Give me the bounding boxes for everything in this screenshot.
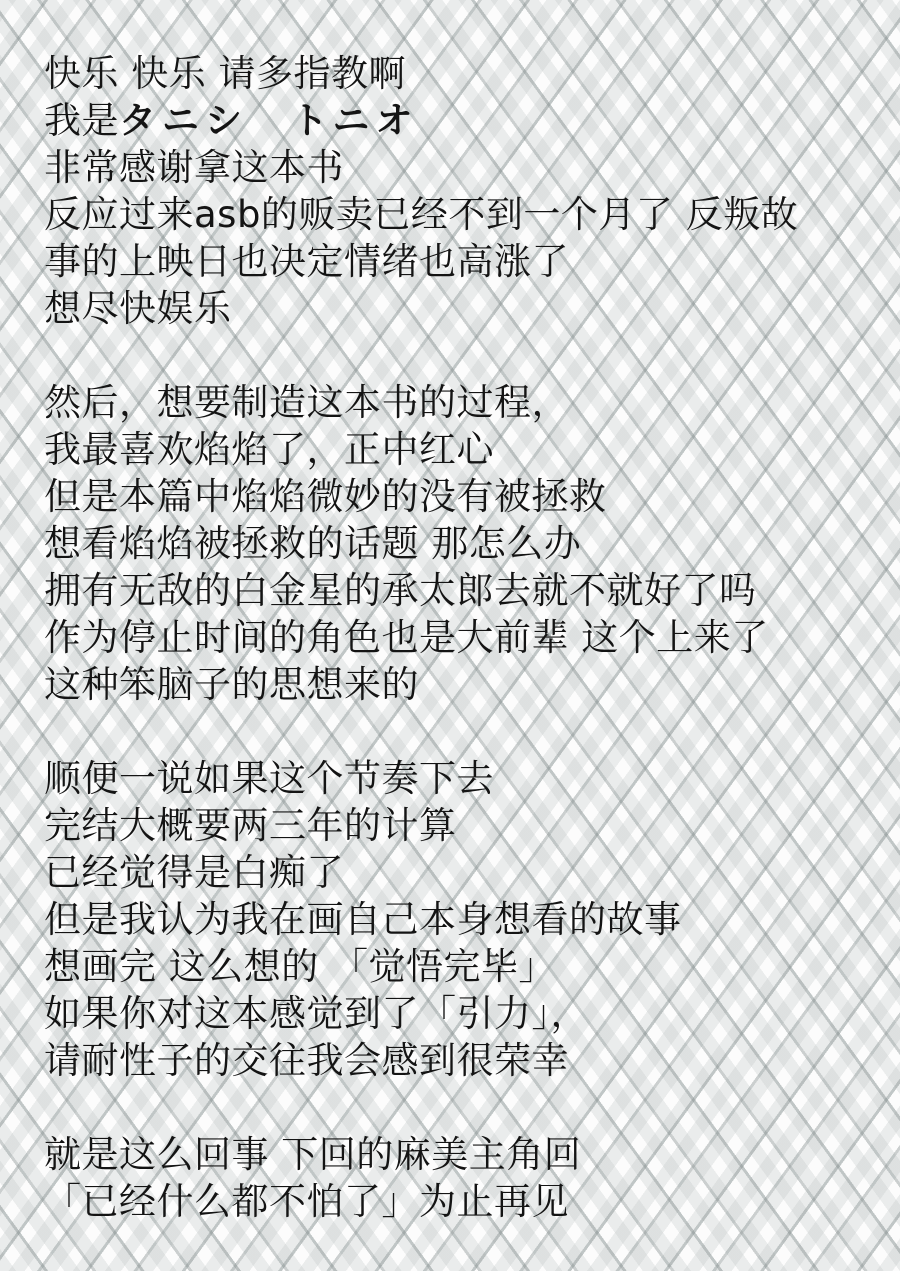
text-segment: 想画完 这么想的 「觉悟完毕」 [44,945,556,988]
text-segment: 非常感谢拿这本书 [44,146,344,189]
text-line: 顺便一说如果这个节奏下去 [44,755,880,802]
text-line: 快乐 快乐 请多指教啊 [44,50,880,97]
text-segment: 「已经什么都不怕了」为止再见 [44,1180,569,1223]
author-name-text: タニシ トニオ [119,99,419,142]
text-line: 想尽快娱乐 [44,285,880,332]
text-line: 想看焰焰被拯救的话题 那怎么办 [44,520,880,567]
text-line: 但是本篇中焰焰微妙的没有被拯救 [44,473,880,520]
text-segment: 顺便一说如果这个节奏下去 [44,757,494,800]
text-segment: 想看焰焰被拯救的话题 那怎么办 [44,522,581,565]
text-line: 作为停止时间的角色也是大前辈 这个上来了 [44,614,880,661]
text-line: 我最喜欢焰焰了，正中红心 [44,426,880,473]
text-line: 我是タニシ トニオ [44,97,880,144]
text-line: 完结大概要两三年的计算 [44,802,880,849]
text-line: 然后，想要制造这本书的过程， [44,379,880,426]
text-segment: 快乐 快乐 请多指教啊 [44,52,406,95]
text-segment: 事的上映日也决定情绪也高涨了 [44,240,569,283]
text-segment: 但是本篇中焰焰微妙的没有被拯救 [44,475,607,518]
text-segment: 但是我认为我在画自己本身想看的故事 [44,898,682,941]
text-line: 拥有无敌的白金星的承太郎去就不就好了吗 [44,567,880,614]
text-line: 反应过来asb的贩卖已经不到一个月了 反叛故 [44,191,880,238]
text-line: 想画完 这么想的 「觉悟完毕」 [44,943,880,990]
text-line: 如果你对这本感觉到了「引力」， [44,990,880,1037]
paragraph: 顺便一说如果这个节奏下去完结大概要两三年的计算已经觉得是白痴了但是我认为我在画自… [44,755,880,1084]
text-segment: 这种笨脑子的思想来的 [44,663,419,706]
text-line: 「已经什么都不怕了」为止再见 [44,1178,880,1225]
text-segment: 拥有无敌的白金星的承太郎去就不就好了吗 [44,569,757,612]
text-segment: 想尽快娱乐 [44,287,232,330]
text-segment: 反应过来asb的贩卖已经不到一个月了 反叛故 [44,193,798,236]
text-line: 非常感谢拿这本书 [44,144,880,191]
text-segment: 就是这么回事 下回的麻美主角回 [44,1133,581,1176]
text-segment: 请耐性子的交往我会感到很荣幸 [44,1039,569,1082]
paragraph: 然后，想要制造这本书的过程，我最喜欢焰焰了，正中红心但是本篇中焰焰微妙的没有被拯… [44,379,880,708]
text-segment: 我是 [44,99,119,142]
paragraph: 就是这么回事 下回的麻美主角回「已经什么都不怕了」为止再见 [44,1131,880,1225]
text-segment: 我最喜欢焰焰了，正中红心 [44,428,494,471]
text-segment: 然后，想要制造这本书的过程， [44,381,569,424]
text-line: 事的上映日也决定情绪也高涨了 [44,238,880,285]
text-line: 但是我认为我在画自己本身想看的故事 [44,896,880,943]
text-line: 就是这么回事 下回的麻美主角回 [44,1131,880,1178]
afterword-page: 快乐 快乐 请多指教啊我是タニシ トニオ非常感谢拿这本书反应过来asb的贩卖已经… [0,0,900,1271]
text-line: 这种笨脑子的思想来的 [44,661,880,708]
text-line: 已经觉得是白痴了 [44,849,880,896]
text-line: 请耐性子的交往我会感到很荣幸 [44,1037,880,1084]
afterword-text-block: 快乐 快乐 请多指教啊我是タニシ トニオ非常感谢拿这本书反应过来asb的贩卖已经… [0,0,900,1225]
text-segment: 完结大概要两三年的计算 [44,804,457,847]
text-segment: 如果你对这本感觉到了「引力」， [44,992,588,1035]
paragraph: 快乐 快乐 请多指教啊我是タニシ トニオ非常感谢拿这本书反应过来asb的贩卖已经… [44,50,880,332]
text-segment: 已经觉得是白痴了 [44,851,344,894]
text-segment: 作为停止时间的角色也是大前辈 这个上来了 [44,616,769,659]
